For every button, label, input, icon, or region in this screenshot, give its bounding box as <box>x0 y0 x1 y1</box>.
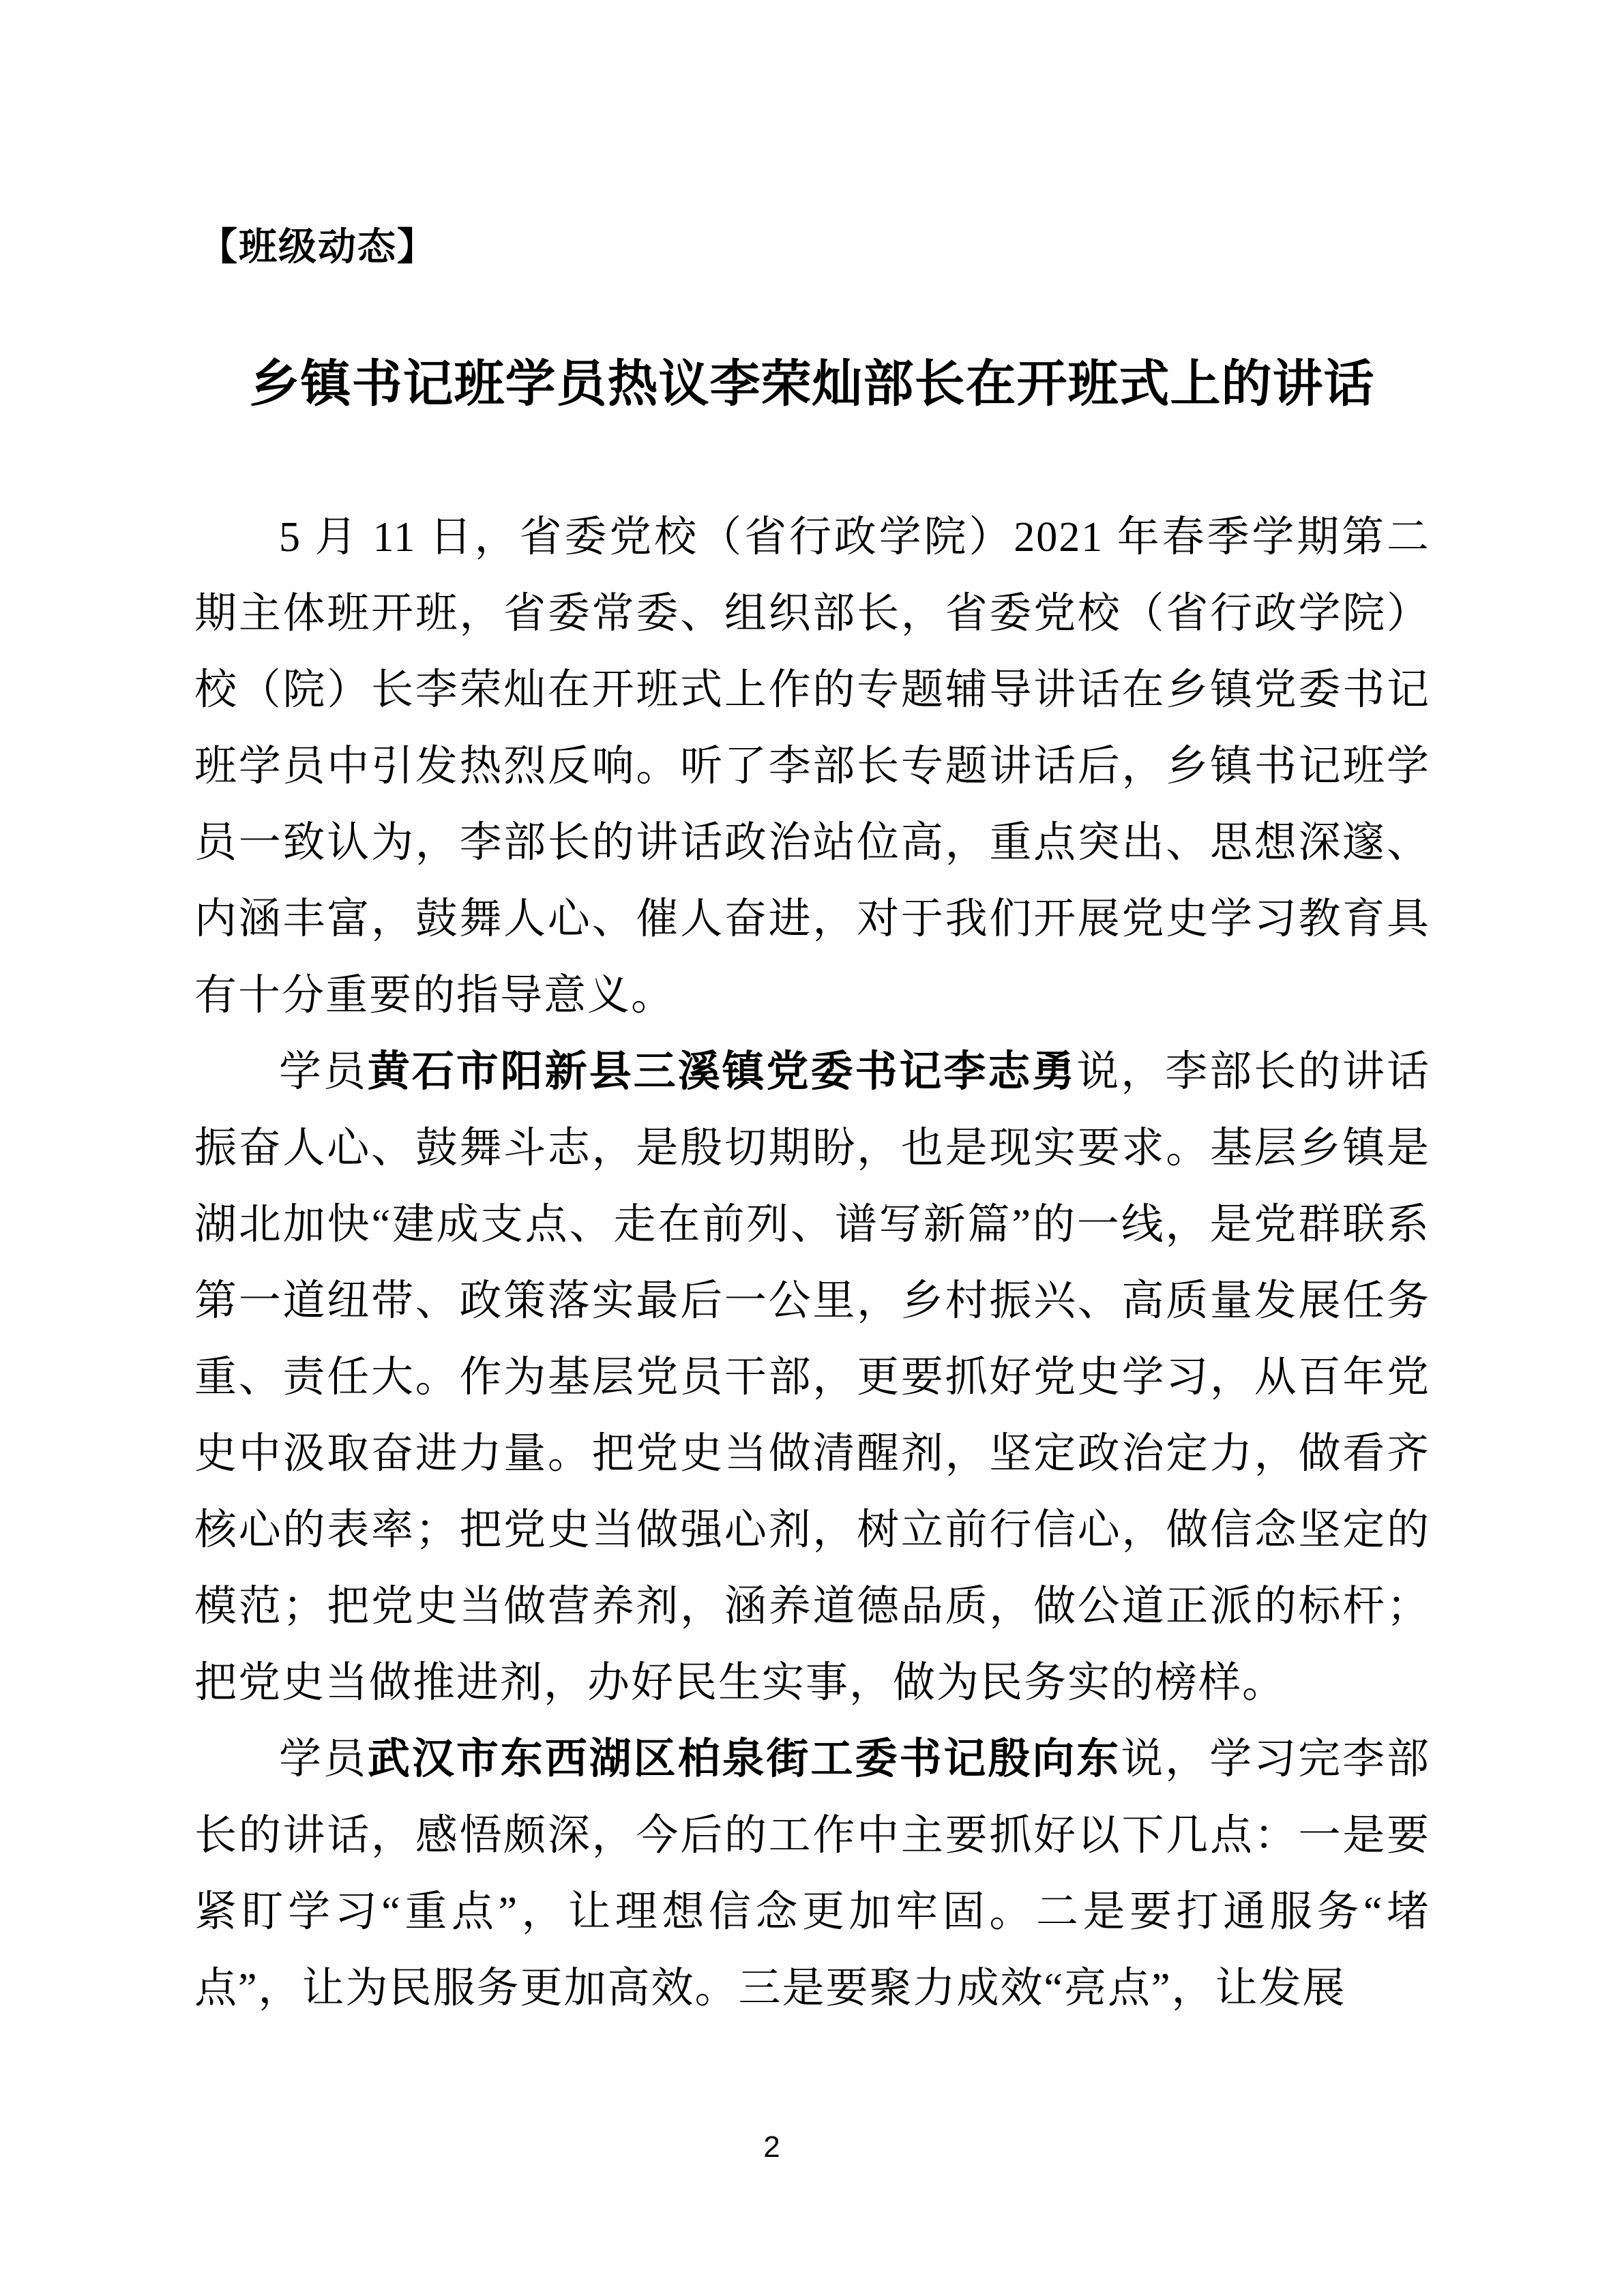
person-name-emphasis: 黄石市阳新县三溪镇党委书记李志勇 <box>368 1049 1076 1095</box>
document-body: 5 月 11 日，省委党校（省行政学院）2021 年春季学期第二期主体班开班，省… <box>194 499 1430 2027</box>
body-text-segment: 说，李部长的讲话振奋人心、鼓舞斗志，是殷切期盼，也是现实要求。基层乡镇是湖北加快… <box>194 1049 1430 1706</box>
paragraph: 5 月 11 日，省委党校（省行政学院）2021 年春季学期第二期主体班开班，省… <box>194 499 1430 1034</box>
person-name-emphasis: 武汉市东西湖区柏泉街工委书记殷向东 <box>368 1736 1121 1783</box>
document-title: 乡镇书记班学员热议李荣灿部长在开班式上的讲话 <box>0 355 1624 415</box>
paragraph: 学员武汉市东西湖区柏泉街工委书记殷向东说，学习完李部长的讲话，感悟颇深，今后的工… <box>194 1721 1430 2027</box>
section-header: 【班级动态】 <box>199 217 437 271</box>
body-text-segment: 学员 <box>279 1049 368 1095</box>
page-number: 2 <box>0 2130 1544 2164</box>
paragraph: 学员黄石市阳新县三溪镇党委书记李志勇说，李部长的讲话振奋人心、鼓舞斗志，是殷切期… <box>194 1034 1430 1721</box>
body-text-segment: 5 月 11 日，省委党校（省行政学院）2021 年春季学期第二期主体班开班，省… <box>194 514 1430 1019</box>
document-page: 【班级动态】 乡镇书记班学员热议李荣灿部长在开班式上的讲话 5 月 11 日，省… <box>0 0 1624 2296</box>
body-text-segment: 学员 <box>279 1736 368 1783</box>
